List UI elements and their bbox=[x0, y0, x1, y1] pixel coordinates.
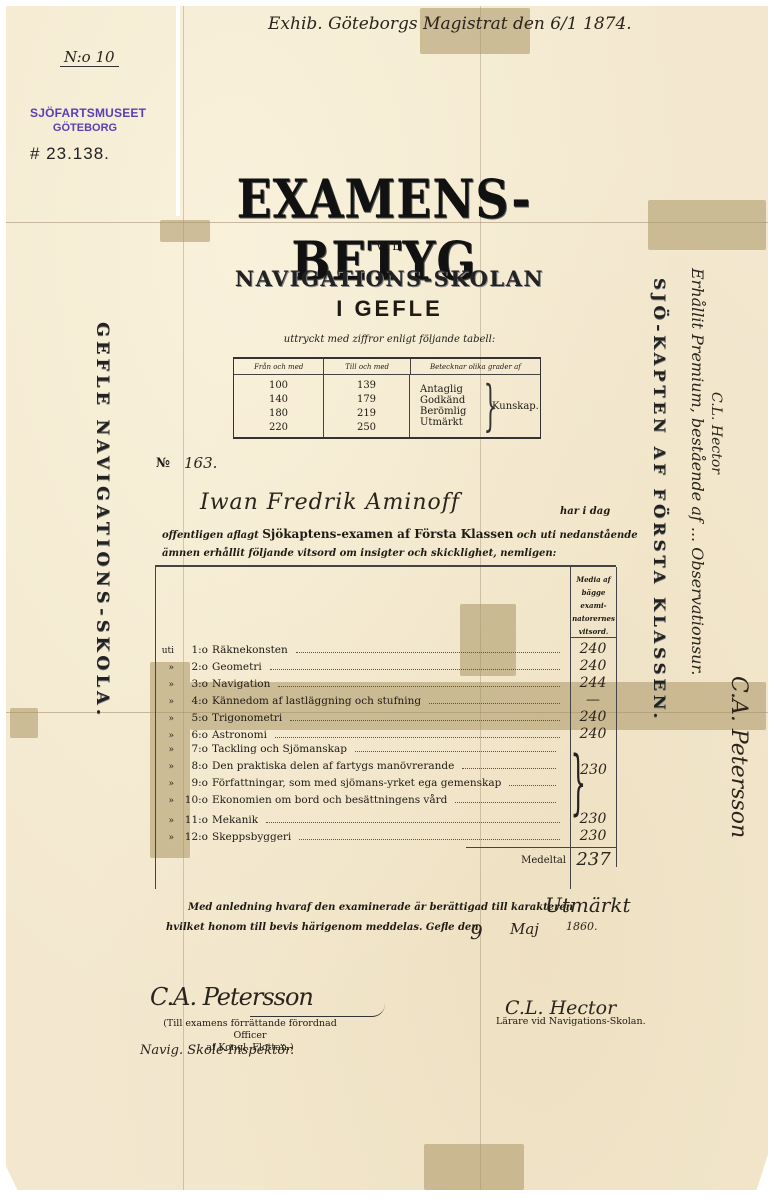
dot-leader bbox=[462, 767, 556, 769]
subject-row: »11:oMekanik230 bbox=[156, 811, 616, 827]
grade-scale-header: Från och med Till och med Betecknar olik… bbox=[234, 359, 540, 375]
subject-name: Författningar, som med sjömans-yrket ega… bbox=[212, 777, 501, 789]
dot-leader bbox=[278, 685, 560, 687]
subject-name: Tackling och Sjömanskap bbox=[212, 743, 347, 755]
conclusion-line-1: Med anledning hvaraf den examinerade är … bbox=[188, 902, 573, 913]
dot-leader bbox=[355, 750, 556, 752]
right-handwritten-initials: C.L. Hector bbox=[708, 392, 724, 474]
subjects-table: Media af bägge exami- natorernes vitsord… bbox=[155, 565, 616, 889]
row-number: 11:o bbox=[176, 814, 212, 826]
text-pre: offentligen aflagt bbox=[162, 530, 259, 541]
row-prefix: » bbox=[156, 697, 176, 707]
subject-row: »3:oNavigation244 bbox=[156, 675, 616, 691]
row-number: 12:o bbox=[176, 831, 212, 843]
row-number: 3:o bbox=[176, 678, 212, 690]
date-day: 9 bbox=[470, 920, 483, 944]
tape-stain bbox=[424, 1144, 524, 1190]
museum-stamp: SJÖFARTSMUSEET GÖTEBORG bbox=[30, 106, 140, 136]
subject-row: »10:oEkonomien om bord och besättningens… bbox=[156, 794, 616, 810]
archive-number: N:o 10 bbox=[60, 48, 119, 67]
media-header-line: Media af bbox=[571, 573, 616, 586]
subject-row: »2:oGeometri240 bbox=[156, 658, 616, 674]
brace-icon: } bbox=[484, 379, 489, 433]
dot-leader bbox=[275, 736, 560, 738]
row-number: 8:o bbox=[176, 760, 212, 772]
subject-name: Kännedom af lastläggning och stufning bbox=[212, 695, 421, 707]
certificate-text-line-2: offentligen aflagt Sjökaptens-examen af … bbox=[162, 527, 638, 541]
subject-score: 240 bbox=[570, 658, 616, 674]
header-to: Till och med bbox=[324, 359, 410, 374]
officer-handwritten-title: Navig. Skole-Inspektör. bbox=[140, 1043, 294, 1058]
row-number: 5:o bbox=[176, 712, 212, 724]
from-value: 180 bbox=[269, 408, 288, 419]
grade-name: Berömlig bbox=[420, 406, 466, 417]
from-value: 140 bbox=[269, 394, 288, 405]
row-number: 4:o bbox=[176, 695, 212, 707]
stamp-line-1: SJÖFARTSMUSEET bbox=[30, 106, 140, 121]
text-post: och uti nedanstående bbox=[517, 530, 638, 541]
subject-name: Mekanik bbox=[212, 814, 258, 826]
grade-scale-table: Från och med Till och med Betecknar olik… bbox=[233, 357, 541, 439]
subject-score: 240 bbox=[570, 726, 616, 742]
grade-group-label: Kunskap. bbox=[492, 401, 539, 412]
tape-stain bbox=[10, 708, 38, 738]
row-prefix: » bbox=[156, 796, 176, 806]
dot-leader bbox=[266, 821, 560, 823]
candidate-name: Iwan Fredrik Aminoff bbox=[200, 490, 460, 515]
dot-leader bbox=[509, 784, 556, 786]
date-month: Maj bbox=[510, 920, 539, 938]
subject-name: Skeppsbyggeri bbox=[212, 831, 291, 843]
row-number: 6:o bbox=[176, 729, 212, 741]
dot-leader bbox=[455, 801, 556, 803]
from-column: 100 140 180 220 bbox=[234, 375, 324, 437]
average-value: 237 bbox=[571, 849, 616, 870]
subject-name: Geometri bbox=[212, 661, 262, 673]
certificate-text-line-3: ämnen erhållit följande vitsord om insig… bbox=[162, 548, 556, 559]
subject-row: »8:oDen praktiska delen af fartygs manöv… bbox=[156, 760, 616, 776]
subject-row: »6:oAstronomi240 bbox=[156, 726, 616, 742]
text-har-i-dag: har i dag bbox=[560, 506, 610, 517]
grade-column: Antaglig Godkänd Berömlig Utmärkt } Kuns… bbox=[410, 375, 540, 437]
subject-name: Navigation bbox=[212, 678, 270, 690]
to-value: 139 bbox=[357, 380, 376, 391]
subject-row: »7:oTackling och Sjömanskap bbox=[156, 743, 616, 759]
row-number: 1:o bbox=[176, 644, 212, 656]
column-divider bbox=[616, 567, 617, 867]
row-prefix: » bbox=[156, 816, 176, 826]
subject-row: »4:oKännedom af lastläggning och stufnin… bbox=[156, 692, 616, 708]
group-score: 230 bbox=[571, 762, 616, 778]
to-value: 250 bbox=[357, 422, 376, 433]
row-prefix: » bbox=[156, 680, 176, 690]
subject-row: »5:oTrigonometri240 bbox=[156, 709, 616, 725]
certificate-number-label: № bbox=[156, 456, 170, 471]
row-number: 9:o bbox=[176, 777, 212, 789]
subject-name: Trigonometri bbox=[212, 712, 282, 724]
awarded-grade: Utmärkt bbox=[545, 893, 631, 917]
accession-number: # 23.138. bbox=[30, 144, 110, 164]
row-prefix: » bbox=[156, 779, 176, 789]
brace-icon: } bbox=[570, 747, 586, 817]
header-from: Från och med bbox=[234, 359, 324, 374]
top-handwritten-note: Exhib. Göteborgs Magistrat den 6/1 1874. bbox=[268, 14, 632, 34]
dot-leader bbox=[429, 702, 560, 704]
certificate-number: 163. bbox=[184, 454, 217, 472]
subject-score: 244 bbox=[570, 675, 616, 691]
row-prefix: uti bbox=[156, 646, 176, 656]
header-grades: Betecknar olika grader af bbox=[411, 359, 540, 374]
to-value: 219 bbox=[357, 408, 376, 419]
media-header-line: natorernes bbox=[571, 612, 616, 625]
subject-name: Astronomi bbox=[212, 729, 267, 741]
teacher-title: Lärare vid Navigations-Skolan. bbox=[496, 1016, 646, 1027]
subject-score: 230 bbox=[570, 828, 616, 844]
dot-leader bbox=[296, 651, 560, 653]
dot-leader bbox=[270, 668, 560, 670]
date-year: 1860. bbox=[566, 920, 598, 933]
to-column: 139 179 219 250 bbox=[324, 375, 410, 437]
from-value: 100 bbox=[269, 380, 288, 391]
header-divider bbox=[571, 637, 616, 638]
grade-name: Godkänd bbox=[420, 395, 465, 406]
right-handwritten-note: Erhållit Premium, bestående af ... Obser… bbox=[688, 268, 707, 675]
row-prefix: » bbox=[156, 731, 176, 741]
subject-name: Räknekonsten bbox=[212, 644, 288, 656]
stamp-line-2: GÖTEBORG bbox=[30, 121, 140, 136]
signature-flourish bbox=[250, 1004, 385, 1017]
exam-name: Sjökaptens-examen af Första Klassen bbox=[262, 527, 513, 541]
from-value: 220 bbox=[269, 422, 288, 433]
row-number: 7:o bbox=[176, 743, 212, 755]
right-vertical-title: SJÖ-KAPTEN AF FÖRSTA KLASSEN. bbox=[650, 278, 669, 722]
row-prefix: » bbox=[156, 714, 176, 724]
subject-score: 240 bbox=[570, 641, 616, 657]
row-prefix: » bbox=[156, 833, 176, 843]
dot-leader bbox=[299, 838, 560, 840]
subject-score: 240 bbox=[570, 709, 616, 725]
grade-name: Antaglig bbox=[420, 384, 463, 395]
grade-name: Utmärkt bbox=[420, 417, 463, 428]
row-prefix: » bbox=[156, 762, 176, 772]
subject-name: Ekonomien om bord och besättningens vård bbox=[212, 794, 447, 806]
right-handwritten-signature: C.A. Petersson bbox=[726, 676, 751, 838]
dot-leader bbox=[290, 719, 560, 721]
subject-row: uti1:oRäknekonsten240 bbox=[156, 641, 616, 657]
left-vertical-title: GEFLE NAVIGATIONS-SKOLA. bbox=[92, 322, 112, 719]
subject-row: »9:oFörfattningar, som med sjömans-yrket… bbox=[156, 777, 616, 793]
media-column-header: Media af bägge exami- natorernes vitsord… bbox=[571, 573, 616, 638]
subject-row: »12:oSkeppsbyggeri230 bbox=[156, 828, 616, 844]
row-prefix: » bbox=[156, 745, 176, 755]
conclusion-line-2: hvilket honom till bevis härigenom medde… bbox=[166, 922, 479, 933]
subject-score: — bbox=[570, 692, 616, 708]
media-header-line: bägge exami- bbox=[571, 586, 616, 612]
row-prefix: » bbox=[156, 663, 176, 673]
average-label: Medeltal bbox=[486, 855, 566, 866]
average-divider bbox=[466, 847, 616, 848]
row-number: 10:o bbox=[176, 794, 212, 806]
title-vid: VID bbox=[0, 240, 779, 253]
to-value: 179 bbox=[357, 394, 376, 405]
officer-title-line-1: (Till examens förrättande förordnad Offi… bbox=[160, 1018, 340, 1042]
row-number: 2:o bbox=[176, 661, 212, 673]
subject-name: Den praktiska delen af fartygs manövrera… bbox=[212, 760, 454, 772]
